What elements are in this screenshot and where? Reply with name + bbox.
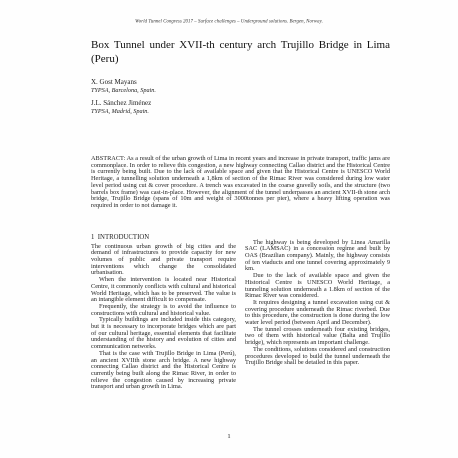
paragraph: The tunnel crosses underneath four exist… [245, 327, 390, 347]
paragraph: Typically buildings are included inside … [91, 317, 236, 351]
author-name: J.L. Sánchez Jiménez [91, 99, 390, 108]
paragraph: It requires designing a tunnel excavatio… [245, 300, 390, 327]
paragraph: That is the case with Trujillo Bridge in… [91, 351, 236, 391]
section-heading-introduction: 1 INTRODUCTION [91, 234, 236, 242]
author-entry: J.L. Sánchez Jiménez TYPSA, Madrid, Spai… [91, 99, 390, 115]
left-column: 1 INTRODUCTION The continuous urban grow… [91, 234, 236, 391]
right-column: The highway is being developed by Linea … [245, 234, 390, 391]
paragraph: Frequently, the strategy is to avoid the… [91, 304, 236, 317]
running-header: World Tunnel Congress 2017 – Surface cha… [46, 0, 412, 24]
paragraph: The highway is being developed by Linea … [245, 240, 390, 274]
page-content: Box Tunnel under XVII-th century arch Tr… [91, 38, 390, 391]
author-affiliation: TYPSA, Barcelona, Spain. [91, 87, 390, 95]
author-entry: X. Gost Mayans TYPSA, Barcelona, Spain. [91, 78, 390, 94]
paragraph: Due to the lack of available space and g… [245, 273, 390, 300]
two-column-body: 1 INTRODUCTION The continuous urban grow… [91, 234, 390, 391]
paragraph: The continuous urban growth of big citie… [91, 244, 236, 278]
author-block: X. Gost Mayans TYPSA, Barcelona, Spain. … [91, 78, 390, 115]
page-number: 1 [0, 433, 458, 440]
author-affiliation: TYPSA, Madrid, Spain. [91, 108, 390, 116]
paper-title: Box Tunnel under XVII-th century arch Tr… [91, 38, 390, 66]
abstract-paragraph: ABSTRACT: As a result of the urban growt… [91, 156, 390, 210]
author-name: X. Gost Mayans [91, 78, 390, 87]
paragraph: When the intervention is located near Hi… [91, 277, 236, 304]
paragraph: The conditions, solutions considered and… [245, 347, 390, 367]
paper-page: World Tunnel Congress 2017 – Surface cha… [0, 0, 458, 458]
